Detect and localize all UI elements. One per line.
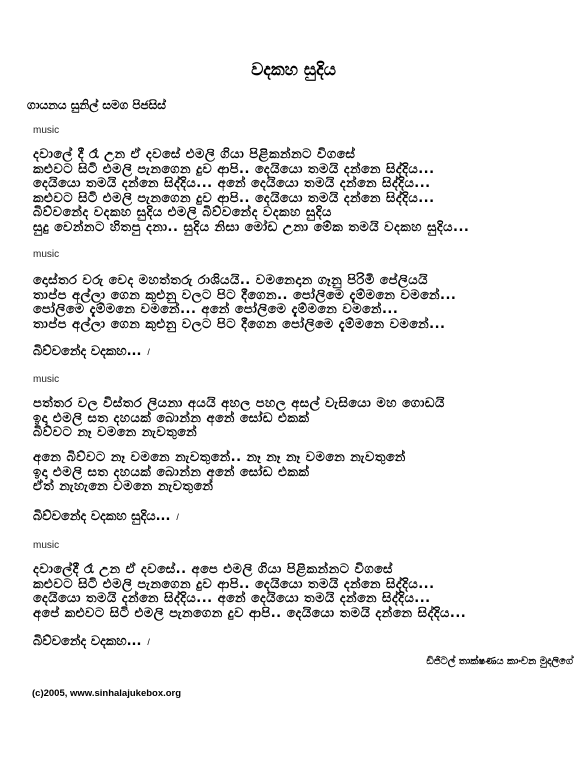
copyright-notice: (c)2005, www.sinhalajukebox.org [32, 688, 181, 699]
lyric-line: කළුවට සිටි එමලි පැනගෙන දුව ආපි.. දෙයියො … [33, 578, 466, 593]
lyric-line: බිව්වනේද වදකහ සුදිය එමලි බිව්වනේද වදකහ ස… [33, 206, 469, 221]
repeat-mark: / [176, 512, 179, 522]
music-marker: music [33, 249, 59, 261]
lyric-line: දෙයියො තමයි දන්නෙ සිද්දිය... අනේ දෙයියො … [33, 177, 469, 192]
refrain-text: බිව්වනේද වදකහ... [33, 634, 141, 649]
verse-2: දොස්තර වරු වෙද මහත්තරු රාශියයි.. වමනෙදාන… [33, 274, 456, 332]
refrain: බිව්වනේද වදකහ.../ [33, 345, 150, 359]
lyric-line: දවාලේදී රෑ උන ඒ දවසේ.. අපෙ එමලි ගියා පිළ… [33, 563, 466, 578]
digital-credit: ඩිජිටල් තාක්ෂණය කාංචන මුදලිගේ [426, 656, 573, 667]
lyric-line: අපේ කළුවට සිටි එමලි පැනගෙන දුව ආපි.. දෙය… [33, 607, 466, 622]
verse-4: අනෙ බිව්වට නෑ වමනෙ නැවතුනේ.. නෑ නෑ නෑ වම… [33, 451, 406, 495]
lyrics-page: වදකහ සුදිය ගායනය සුනිල් සමග පිජසිස් musi… [0, 0, 587, 759]
lyric-line: පත්තර වල විස්තර ලියනා අයයි අහල පහල අසල් … [33, 397, 445, 412]
lyric-line: කළුවට සිටි එමලි පැනගෙන දුව ආපි.. දෙයියො … [33, 192, 469, 207]
verse-5: දවාලේදී රෑ උන ඒ දවසේ.. අපෙ එමලි ගියා පිළ… [33, 563, 466, 621]
verse-3: පත්තර වල විස්තර ලියනා අයයි අහල පහල අසල් … [33, 397, 445, 441]
singer-line: ගායනය සුනිල් සමග පිජසිස් [27, 98, 166, 113]
lyric-line: කළුවට සිටි එමලි පැනගෙන දුව ආපි.. දෙයියො … [33, 163, 469, 178]
lyric-line: සුදු වෙන්නට හිතපු දනා.. සුදිය නිසා මෝඩ උ… [33, 221, 469, 236]
refrain: බිව්වනේද වදකහ සුදිය.../ [33, 510, 179, 524]
lyric-line: බිව්වට නෑ වමනෙ නැවතුනේ [33, 426, 445, 441]
lyric-line: තාප්ප අල්ලා ගෙන කුළුනු වලට පිට දීගෙන.. ප… [33, 289, 456, 304]
refrain: බිව්වනේද වදකහ.../ [33, 635, 150, 649]
lyric-line: තාප්ප අල්ලා ගෙන කුළුනු වලට පිට දීගෙන පෝල… [33, 318, 456, 333]
lyric-line: දෙයියො තමයි දන්නෙ සිද්දිය... අනේ දෙයියො … [33, 592, 466, 607]
lyric-line: දොස්තර වරු වෙද මහත්තරු රාශියයි.. වමනෙදාන… [33, 274, 456, 289]
lyric-line: ඉදා එමලි සත දහයක් බොන්න අනේ සෝඩ එකක් [33, 466, 406, 481]
lyric-line: අනෙ බිව්වට නෑ වමනෙ නැවතුනේ.. නෑ නෑ නෑ වම… [33, 451, 406, 466]
lyric-line: ඉදා එමලි සත දහයක් බොන්න අනේ සෝඩ එකක් [33, 412, 445, 427]
song-title: වදකහ සුදිය [0, 60, 587, 80]
repeat-mark: / [147, 637, 150, 647]
music-marker: music [33, 374, 59, 386]
music-marker: music [33, 125, 59, 137]
refrain-text: බිව්වනේද වදකහ සුදිය... [33, 509, 170, 524]
verse-1: දවාලේ දී රෑ උන ඒ දවසේ එමලි ගියා පිළිකන්න… [33, 148, 469, 235]
music-marker: music [33, 540, 59, 552]
refrain-text: බිව්වනේද වදකහ... [33, 344, 141, 359]
lyric-line: පෝලිමෙ දැම්මනෙ වමනේ... අනේ පෝලිමෙ දැම්මන… [33, 303, 456, 318]
repeat-mark: / [147, 347, 150, 357]
lyric-line: ඒත් නැහැනෙ වමනෙ නැවතුනේ [33, 480, 406, 495]
lyric-line: දවාලේ දී රෑ උන ඒ දවසේ එමලි ගියා පිළිකන්න… [33, 148, 469, 163]
